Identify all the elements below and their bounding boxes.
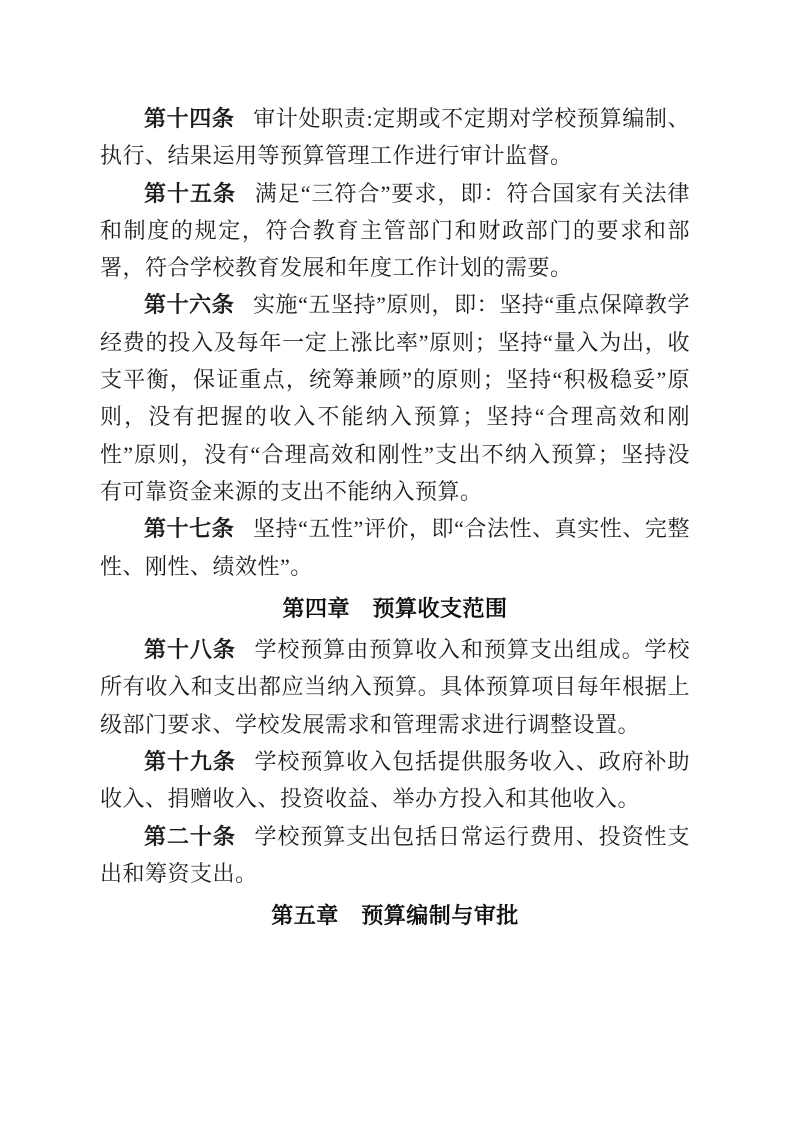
article-17-number: 第十七条 (144, 516, 234, 541)
article-14: 第十四条审计处职责:定期或不定期对学校预算编制、执行、结果运用等预算管理工作进行… (100, 100, 690, 175)
article-15: 第十五条满足“三符合”要求，即：符合国家有关法律和制度的规定，符合教育主管部门和… (100, 175, 690, 287)
article-14-number: 第十四条 (144, 106, 235, 131)
article-16-text: 实施“五坚持”原则，即：坚持“重点保障教学经费的投入及每年一定上涨比率”原则；坚… (100, 292, 690, 503)
document-page: 第十四条审计处职责:定期或不定期对学校预算编制、执行、结果运用等预算管理工作进行… (0, 0, 793, 1122)
article-17: 第十七条坚持“五性”评价，即“合法性、真实性、完整性、刚性、绩效性”。 (100, 510, 690, 585)
article-20-number: 第二十条 (144, 824, 236, 849)
article-20: 第二十条学校预算支出包括日常运行费用、投资性支出和筹资支出。 (100, 818, 690, 893)
article-19: 第十九条学校预算收入包括提供服务收入、政府补助收入、捐赠收入、投资收益、举办方投… (100, 743, 690, 818)
article-16: 第十六条实施“五坚持”原则，即：坚持“重点保障教学经费的投入及每年一定上涨比率”… (100, 286, 690, 510)
article-18-number: 第十八条 (144, 637, 236, 662)
article-19-number: 第十九条 (144, 749, 236, 774)
article-16-number: 第十六条 (144, 292, 234, 317)
chapter-4-heading: 第四章 预算收支范围 (100, 590, 690, 627)
article-18: 第十八条学校预算由预算收入和预算支出组成。学校所有收入和支出都应当纳入预算。具体… (100, 631, 690, 743)
chapter-5-heading: 第五章 预算编制与审批 (100, 897, 690, 934)
article-15-number: 第十五条 (144, 181, 236, 206)
